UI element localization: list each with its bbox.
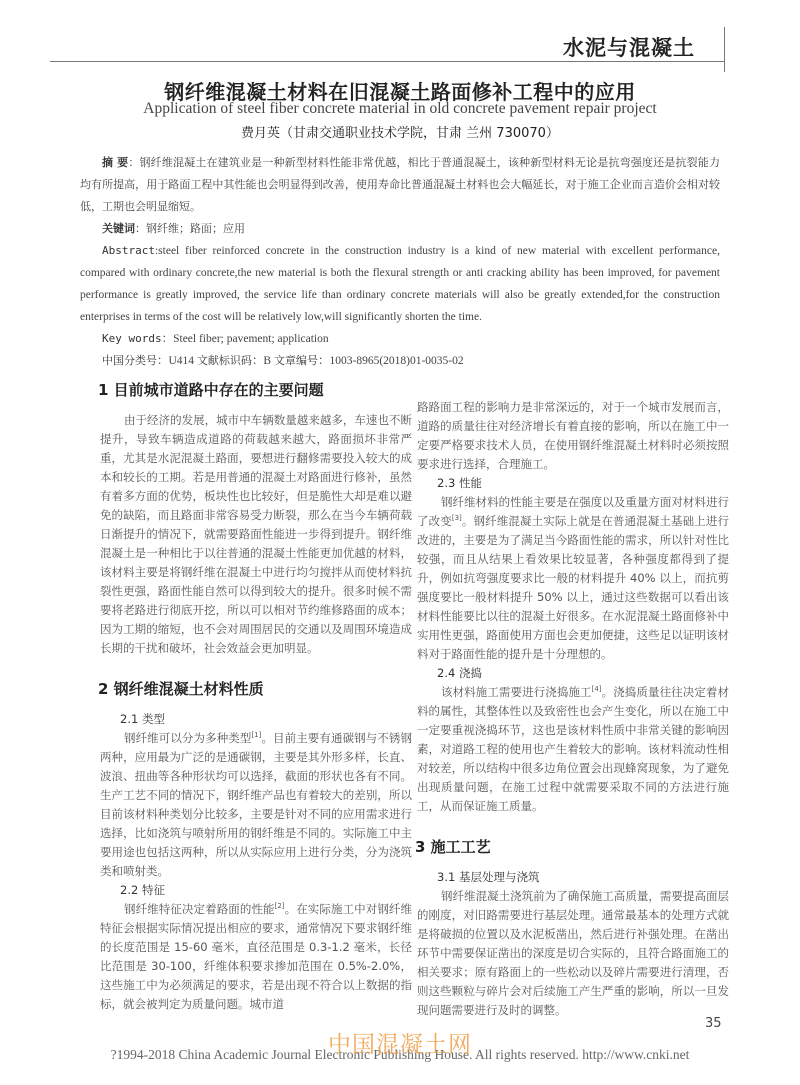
abstract-en-label: Abstract bbox=[102, 244, 155, 257]
section-3-title: 3 施工工艺 bbox=[415, 835, 729, 859]
subsection-2-4-paragraph: 该材料施工需要进行浇捣施工[4]。浇捣质量往往决定着材料的属性，其整体性以及致密… bbox=[417, 683, 729, 816]
classification-line: 中国分类号：U414 文献标识码：B 文章编号：1003-8965(2018)0… bbox=[80, 350, 720, 372]
article-no-value: ：1003-8965(2018)01-0035-02 bbox=[318, 355, 464, 367]
article-no-label: 文章编号 bbox=[274, 354, 318, 367]
subsection-2-2-paragraph: 钢纤维特征决定着路面的性能[2]。在实际施工中对钢纤维特征会根据实际情况提出相应… bbox=[100, 900, 412, 1014]
abstract-block: 摘 要：钢纤维混凝土在建筑业是一种新型材料性能非常优越，相比于普通混凝土，该种新… bbox=[80, 152, 720, 372]
abstract-cn-label: 摘 要 bbox=[102, 156, 128, 169]
citation-ref-1[interactable]: [1] bbox=[251, 731, 261, 739]
subsection-2-1-title: 2.1 类型 bbox=[100, 710, 412, 729]
subsection-3-1-title: 3.1 基层处理与浇筑 bbox=[417, 868, 729, 887]
subsection-2-2-title: 2.2 特征 bbox=[100, 881, 412, 900]
watermark: 中国混凝土网 bbox=[0, 1026, 800, 1059]
section-1-paragraph: 由于经济的发展，城市中车辆数量越来越多，车速也不断提升，导致车辆造成道路的荷载越… bbox=[100, 411, 412, 658]
article-title-en: Application of steel fiber concrete mate… bbox=[0, 100, 800, 118]
keywords-cn-label: 关键词 bbox=[102, 222, 135, 235]
citation-ref-4[interactable]: [4] bbox=[592, 685, 602, 693]
keywords-en: Key words：Steel fiber; pavement; applica… bbox=[80, 328, 720, 350]
class-value: ：U414 bbox=[157, 355, 194, 367]
citation-ref-3[interactable]: [3] bbox=[452, 514, 462, 522]
subsection-3-1-paragraph: 钢纤维混凝土浇筑前为了确保施工高质量，需要提高面层的刚度，对旧路需要进行基层处理… bbox=[417, 887, 729, 1020]
subsection-2-1-paragraph: 钢纤维可以分为多种类型[1]。目前主要有通碳钢与不锈钢两种，应用最为广泛的是通碳… bbox=[100, 729, 412, 881]
doc-code-value: ：B bbox=[252, 355, 271, 367]
header-vertical-divider bbox=[724, 27, 725, 72]
right-column: 路路面工程的影响力是非常深远的，对于一个城市发展而言，道路的质量往往对经济增长有… bbox=[417, 398, 729, 1020]
keywords-cn-text: ：钢纤维；路面；应用 bbox=[135, 222, 245, 235]
abstract-en-text: :steel fiber reinforced concrete in the … bbox=[80, 245, 720, 323]
doc-code-label: 文献标识码 bbox=[197, 354, 252, 367]
class-label: 中国分类号 bbox=[102, 354, 157, 367]
section-1-title: 1 目前城市道路中存在的主要问题 bbox=[98, 378, 412, 402]
subsection-2-3-title: 2.3 性能 bbox=[417, 474, 729, 493]
citation-ref-2[interactable]: [2] bbox=[275, 902, 285, 910]
abstract-en: Abstract:steel fiber reinforced concrete… bbox=[80, 240, 720, 328]
journal-name: 水泥与混凝土 bbox=[563, 32, 695, 62]
header-divider bbox=[50, 61, 725, 62]
keywords-cn: 关键词：钢纤维；路面；应用 bbox=[80, 218, 720, 240]
author-affiliation: 费月英（甘肃交通职业技术学院，甘肃 兰州 730070） bbox=[0, 122, 800, 141]
keywords-en-text: ：Steel fiber; pavement; application bbox=[162, 333, 329, 345]
abstract-cn-text: ：钢纤维混凝土在建筑业是一种新型材料性能非常优越，相比于普通混凝土，该种新型材料… bbox=[80, 156, 720, 213]
subsection-2-3-paragraph: 钢纤维材料的性能主要是在强度以及重量方面对材料进行了改变[3]。钢纤维混凝土实际… bbox=[417, 493, 729, 664]
subsection-2-2-continued: 路路面工程的影响力是非常深远的，对于一个城市发展而言，道路的质量往往对经济增长有… bbox=[417, 398, 729, 474]
subsection-2-4-title: 2.4 浇捣 bbox=[417, 664, 729, 683]
section-2-title: 2 钢纤维混凝土材料性质 bbox=[98, 677, 412, 701]
keywords-en-label: Key words bbox=[102, 332, 162, 345]
abstract-cn: 摘 要：钢纤维混凝土在建筑业是一种新型材料性能非常优越，相比于普通混凝土，该种新… bbox=[80, 152, 720, 218]
left-column: 1 目前城市道路中存在的主要问题 由于经济的发展，城市中车辆数量越来越多，车速也… bbox=[100, 378, 412, 1014]
